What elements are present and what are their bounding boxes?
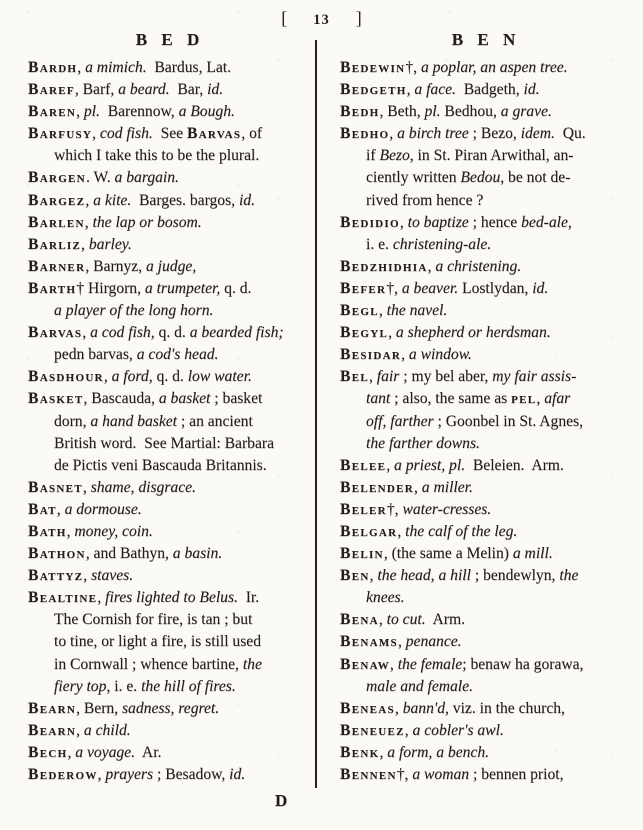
headword: Bedgeth bbox=[340, 81, 407, 98]
entry-text: . W. bbox=[86, 169, 115, 186]
entry-text: , (the same a Melin) bbox=[384, 545, 513, 562]
headword: Ben bbox=[340, 567, 370, 584]
definition-italic: id. bbox=[229, 766, 245, 783]
entry-text: , bbox=[379, 302, 387, 319]
dictionary-entry-line: knees. bbox=[340, 587, 634, 609]
headword: Bargez bbox=[28, 192, 85, 209]
entry-text: ; my bel aber, bbox=[399, 368, 492, 385]
definition-italic: a basin. bbox=[173, 545, 222, 562]
dictionary-scan-page: [ 13 ] B E D B E N Bardh, a mimich. Bard… bbox=[0, 0, 643, 830]
column-divider-rule bbox=[315, 40, 317, 788]
dictionary-entry-line: Barliz, barley. bbox=[28, 234, 314, 256]
entry-text: pedn barvas, bbox=[54, 346, 137, 363]
entry-text: if bbox=[366, 147, 379, 164]
dictionary-entry-line: Barlen, the lap or bosom. bbox=[28, 212, 314, 234]
definition-italic: money, coin. bbox=[74, 523, 152, 540]
dictionary-entry-line: the farther downs. bbox=[340, 433, 634, 455]
dictionary-entry-line: male and female. bbox=[340, 676, 634, 698]
definition-italic: cod fish. bbox=[100, 125, 153, 142]
dictionary-entry-line: i. e. christening-ale. bbox=[340, 234, 634, 256]
definition-italic: water-cresses. bbox=[402, 501, 491, 518]
headword: Bedh bbox=[340, 103, 379, 120]
headword: Bealtine bbox=[28, 589, 97, 606]
definition-italic: the head, a hill bbox=[377, 567, 471, 584]
definition-italic: pl. bbox=[84, 103, 100, 120]
entry-text: , bbox=[379, 611, 387, 628]
dictionary-entry-line: Befer†, a beaver. Lostlydan, id. bbox=[340, 278, 634, 300]
entry-text: ; Besadow, bbox=[153, 766, 229, 783]
entry-text: , Barnyz, bbox=[85, 258, 146, 275]
entry-text: rived from hence ? bbox=[366, 192, 483, 209]
dictionary-entry-line: Bardh, a mimich. Bardus, Lat. bbox=[28, 57, 314, 79]
entry-text: , bbox=[77, 59, 85, 76]
entry-text: Bardus, Lat. bbox=[147, 59, 231, 76]
definition-italic: the bbox=[559, 567, 578, 584]
entry-text: q. d. bbox=[155, 324, 190, 341]
entry-text: , bbox=[57, 501, 65, 518]
headword: Bedzhidhia bbox=[340, 258, 428, 275]
definition-italic: a shepherd or herdsman. bbox=[396, 324, 551, 341]
headword: Barlen bbox=[28, 214, 85, 231]
definition-italic: a window. bbox=[409, 346, 472, 363]
definition-italic: a face. bbox=[414, 81, 456, 98]
dictionary-entry-line: a player of the long horn. bbox=[28, 300, 314, 322]
headword: Barfusy bbox=[28, 125, 92, 142]
definition-italic: id. bbox=[207, 81, 223, 98]
definition-italic: a birch tree bbox=[397, 125, 469, 142]
definition-italic: tant bbox=[366, 390, 390, 407]
dictionary-entry-line: Bech, a voyage. Ar. bbox=[28, 742, 314, 764]
definition-italic: id. bbox=[532, 280, 548, 297]
headword: Basket bbox=[28, 390, 84, 407]
entry-text: , bbox=[85, 214, 93, 231]
dictionary-entry-line: which I take this to be the plural. bbox=[28, 145, 314, 167]
entry-text: Bedhou, bbox=[441, 103, 501, 120]
dictionary-entry-line: Belin, (the same a Melin) a mill. bbox=[340, 543, 634, 565]
headword: Baref bbox=[28, 81, 75, 98]
entry-text: Arm. bbox=[426, 611, 465, 628]
definition-italic: a Bough. bbox=[179, 103, 235, 120]
definition-italic: a miller. bbox=[422, 479, 473, 496]
definition-italic: male and female. bbox=[366, 678, 473, 695]
entry-text: i. e. bbox=[110, 678, 141, 695]
entry-text: ; Goonbel in St. Agnes, bbox=[434, 413, 583, 430]
headword: Bargen bbox=[28, 169, 86, 186]
dictionary-entry-line: in Cornwall ; whence bartine, the bbox=[28, 654, 314, 676]
headword: Belgar bbox=[340, 523, 397, 540]
entry-text: †, bbox=[387, 501, 403, 518]
headword: Baren bbox=[28, 103, 76, 120]
definition-italic: the farther downs. bbox=[366, 435, 480, 452]
entry-text: , bbox=[386, 457, 394, 474]
dictionary-entry-line: Bena, to cut. Arm. bbox=[340, 609, 634, 631]
headword: Bearn bbox=[28, 700, 76, 717]
entry-text: , bbox=[414, 479, 422, 496]
definition-italic: a bargain. bbox=[115, 169, 179, 186]
dictionary-entry-line: Beneas, bann'd, viz. in the church, bbox=[340, 698, 634, 720]
entry-text: Ar. bbox=[135, 744, 161, 761]
definition-italic: a kite. bbox=[93, 192, 131, 209]
entry-text: , bbox=[405, 722, 413, 739]
definition-italic: a player of the long horn. bbox=[54, 302, 213, 319]
definition-italic: penance. bbox=[406, 633, 462, 650]
definition-italic: a voyage. bbox=[75, 744, 135, 761]
definition-italic: a form, a bench. bbox=[387, 744, 489, 761]
entry-text: to tine, or light a fire, is still used bbox=[54, 633, 261, 650]
entry-text: † Hirgorn, bbox=[76, 280, 145, 297]
page-number-row: [ 13 ] bbox=[0, 8, 643, 29]
dictionary-entry-line: Basnet, shame, disgrace. bbox=[28, 477, 314, 499]
definition-italic: a grave. bbox=[501, 103, 552, 120]
entry-text: , bbox=[104, 368, 112, 385]
definition-italic: a woman bbox=[412, 766, 469, 783]
entry-text: ; basket bbox=[210, 390, 262, 407]
definition-italic: the female bbox=[398, 656, 463, 673]
definition-italic: a bearded fish; bbox=[190, 324, 284, 341]
entry-text: Ir. bbox=[238, 589, 259, 606]
definition-italic: the lap or bosom. bbox=[93, 214, 202, 231]
entry-text: ; an ancient bbox=[177, 413, 253, 430]
entry-text: †, bbox=[386, 280, 402, 297]
definition-italic: the bbox=[243, 656, 262, 673]
entry-text: British word. See Martial: Barbara bbox=[54, 435, 274, 452]
definition-italic: fiery top, bbox=[54, 678, 110, 695]
dictionary-entry-line: Barth† Hirgorn, a trumpeter, q. d. bbox=[28, 278, 314, 300]
headword: Bedho bbox=[340, 125, 389, 142]
definition-italic: low water. bbox=[188, 368, 252, 385]
headword: Benams bbox=[340, 633, 398, 650]
dictionary-entry-line: Bennen†, a woman ; bennen priot, bbox=[340, 764, 634, 786]
entry-text: , be not de- bbox=[500, 169, 570, 186]
dictionary-entry-line: Bargez, a kite. Barges. bargos, id. bbox=[28, 190, 314, 212]
dictionary-entry-line: Begyl, a shepherd or herdsman. bbox=[340, 322, 634, 344]
headword: Bech bbox=[28, 744, 67, 761]
entry-text: dorn, bbox=[54, 413, 90, 430]
definition-italic: pl. bbox=[425, 103, 441, 120]
entry-text: †, bbox=[397, 766, 413, 783]
entry-text: ; benaw ha gorawa, bbox=[462, 656, 583, 673]
definition-italic: the calf of the leg. bbox=[405, 523, 517, 540]
definition-italic: a beaver. bbox=[402, 280, 458, 297]
dictionary-entry-line: Ben, the head, a hill ; bendewlyn, the bbox=[340, 565, 634, 587]
dictionary-entry-line: Baref, Barf, a beard. Bar, id. bbox=[28, 79, 314, 101]
entry-text: , bbox=[83, 479, 91, 496]
dictionary-entry-line: Benk, a form, a bench. bbox=[340, 742, 634, 764]
dictionary-entry-line: Bederow, prayers ; Besadow, id. bbox=[28, 764, 314, 786]
column-header-ben: B E N bbox=[340, 30, 632, 50]
entry-text: , Bascauda, bbox=[84, 390, 159, 407]
definition-italic: a beard. bbox=[118, 81, 169, 98]
headword: Barvas bbox=[28, 324, 82, 341]
definition-italic: to baptize bbox=[408, 214, 469, 231]
headword: Belee bbox=[340, 457, 386, 474]
entry-text: , bbox=[389, 125, 397, 142]
left-column-entries: Bardh, a mimich. Bardus, Lat.Baref, Barf… bbox=[28, 57, 314, 786]
definition-italic: a priest, pl. bbox=[394, 457, 465, 474]
headword: Bathon bbox=[28, 545, 86, 562]
entry-text: Barennow, bbox=[100, 103, 179, 120]
dictionary-entry-line: Basdhour, a ford, q. d. low water. bbox=[28, 366, 314, 388]
headword: Bedidio bbox=[340, 214, 400, 231]
entry-text: Bar, bbox=[170, 81, 207, 98]
dictionary-entry-line: Bargen. W. a bargain. bbox=[28, 167, 314, 189]
headword: Beneuez bbox=[340, 722, 405, 739]
headword: Bat bbox=[28, 501, 57, 518]
entry-text: in Cornwall ; whence bartine, bbox=[54, 656, 243, 673]
headword: Barner bbox=[28, 258, 85, 275]
definition-italic: a dormouse. bbox=[65, 501, 142, 518]
headword: Befer bbox=[340, 280, 386, 297]
dictionary-entry-line: Bathon, and Bathyn, a basin. bbox=[28, 543, 314, 565]
definition-italic: a hand basket bbox=[90, 413, 177, 430]
definition-italic: afar bbox=[544, 390, 570, 407]
dictionary-entry-line: The Cornish for fire, is tan ; but bbox=[28, 609, 314, 631]
dictionary-entry-line: Bedh, Beth, pl. Bedhou, a grave. bbox=[340, 101, 634, 123]
headword: Bederow bbox=[28, 766, 98, 783]
headword: Bath bbox=[28, 523, 67, 540]
headword: Barth bbox=[28, 280, 76, 297]
entry-text: , of bbox=[241, 125, 262, 142]
headword: Beler bbox=[340, 501, 387, 518]
headword: Bedewin bbox=[340, 59, 405, 76]
headword: Bearn bbox=[28, 722, 76, 739]
definition-italic: christening-ale. bbox=[393, 236, 491, 253]
definition-italic: a basket bbox=[159, 390, 211, 407]
entry-text: , bbox=[82, 324, 90, 341]
entry-text: ciently written bbox=[366, 169, 460, 186]
entry-text: , bbox=[400, 214, 408, 231]
dictionary-entry-line: off, farther ; Goonbel in St. Agnes, bbox=[340, 411, 634, 433]
entry-text: q. d. bbox=[153, 368, 188, 385]
entry-text: , bbox=[81, 236, 89, 253]
entry-text: , bbox=[83, 567, 91, 584]
dictionary-entry-line: Beler†, water-cresses. bbox=[340, 499, 634, 521]
definition-italic: id. bbox=[239, 192, 255, 209]
definition-italic: bann'd, bbox=[403, 700, 449, 717]
right-column-entries: Bedewin†, a poplar, an aspen tree.Bedget… bbox=[340, 57, 634, 786]
definition-italic: a poplar, an aspen tree. bbox=[421, 59, 568, 76]
entry-text: Badgeth, bbox=[456, 81, 524, 98]
headword: Benk bbox=[340, 744, 379, 761]
entry-text: , Bern, bbox=[76, 700, 122, 717]
definition-italic: fair bbox=[377, 368, 400, 385]
definition-italic: a cod fish, bbox=[90, 324, 155, 341]
definition-italic: fires lighted to Belus. bbox=[105, 589, 238, 606]
entry-text: i. e. bbox=[366, 236, 393, 253]
dictionary-entry-line: Bath, money, coin. bbox=[28, 521, 314, 543]
dictionary-entry-line: Bel, fair ; my bel aber, my fair assis- bbox=[340, 366, 634, 388]
definition-italic: a trumpeter, bbox=[145, 280, 220, 297]
definition-italic: Bedou bbox=[460, 169, 500, 186]
headword: Bena bbox=[340, 611, 379, 628]
entry-text: which I take this to be the plural. bbox=[54, 147, 259, 164]
entry-text: Qu. bbox=[555, 125, 586, 142]
definition-italic: off, farther bbox=[366, 413, 434, 430]
headword: Belin bbox=[340, 545, 384, 562]
page-number: 13 bbox=[313, 12, 330, 29]
dictionary-entry-line: Bedho, a birch tree ; Bezo, idem. Qu. bbox=[340, 123, 634, 145]
headword: Bel bbox=[340, 368, 369, 385]
dictionary-entry-line: Barner, Barnyz, a judge, bbox=[28, 256, 314, 278]
entry-text: viz. in the church, bbox=[449, 700, 565, 717]
dictionary-entry-line: Barvas, a cod fish, q. d. a bearded fish… bbox=[28, 322, 314, 344]
definition-italic: id. bbox=[524, 81, 540, 98]
entry-text: , bbox=[401, 346, 409, 363]
definition-italic: my fair assis- bbox=[492, 368, 576, 385]
entry-text: , and Bathyn, bbox=[86, 545, 173, 562]
entry-text: , bbox=[398, 633, 406, 650]
dictionary-entry-line: Bedgeth, a face. Badgeth, id. bbox=[340, 79, 634, 101]
dictionary-entry-line: Besidar, a window. bbox=[340, 344, 634, 366]
entry-text: , bbox=[76, 103, 84, 120]
definition-italic: Bezo bbox=[379, 147, 409, 164]
dictionary-entry-line: Belee, a priest, pl. Beleien. Arm. bbox=[340, 455, 634, 477]
dictionary-entry-line: Barfusy, cod fish. See Barvas, of bbox=[28, 123, 314, 145]
entry-text: ; Bezo, bbox=[469, 125, 521, 142]
entry-text: , bbox=[369, 368, 377, 385]
page-number-bracket-right: ] bbox=[356, 8, 362, 29]
entry-text: ; hence bbox=[469, 214, 521, 231]
definition-italic: sadness, regret. bbox=[122, 700, 219, 717]
dictionary-entry-line: Bearn, a child. bbox=[28, 720, 314, 742]
entry-text: ; bendewlyn, bbox=[471, 567, 559, 584]
definition-italic: staves. bbox=[91, 567, 133, 584]
dictionary-entry-line: fiery top, i. e. the hill of fires. bbox=[28, 676, 314, 698]
definition-italic: a ford, bbox=[112, 368, 153, 385]
definition-italic: a child. bbox=[84, 722, 131, 739]
dictionary-entry-line: Bedidio, to baptize ; hence bed-ale, bbox=[340, 212, 634, 234]
dictionary-entry-line: if Bezo, in St. Piran Arwithal, an- bbox=[340, 145, 634, 167]
entry-text: ; bennen priot, bbox=[469, 766, 563, 783]
definition-italic: the hill of fires. bbox=[141, 678, 236, 695]
definition-italic: prayers bbox=[105, 766, 153, 783]
headword: Bennen bbox=[340, 766, 397, 783]
dictionary-entry-line: Begl, the navel. bbox=[340, 300, 634, 322]
entry-text: , bbox=[395, 700, 403, 717]
dictionary-entry-line: Benaw, the female; benaw ha gorawa, bbox=[340, 654, 634, 676]
dictionary-entry-line: Belgar, the calf of the leg. bbox=[340, 521, 634, 543]
definition-italic: a mill. bbox=[513, 545, 553, 562]
dictionary-entry-line: tant ; also, the same as pel, afar bbox=[340, 388, 634, 410]
entry-text: Barges. bargos, bbox=[131, 192, 239, 209]
definition-italic: a cod's head. bbox=[137, 346, 219, 363]
dictionary-entry-line: British word. See Martial: Barbara bbox=[28, 433, 314, 455]
headword: pel bbox=[511, 390, 536, 407]
entry-text: , bbox=[397, 523, 405, 540]
entry-text: q. d. bbox=[220, 280, 251, 297]
headword: Battyz bbox=[28, 567, 83, 584]
dictionary-entry-line: Bedzhidhia, a christening. bbox=[340, 256, 634, 278]
definition-italic: the navel. bbox=[387, 302, 448, 319]
entry-text: , Barf, bbox=[75, 81, 118, 98]
definition-italic: shame, disgrace. bbox=[91, 479, 196, 496]
definition-italic: a cobler's awl. bbox=[413, 722, 504, 739]
dictionary-entry-line: Beneuez, a cobler's awl. bbox=[340, 720, 634, 742]
headword: Benaw bbox=[340, 656, 390, 673]
headword: Begl bbox=[340, 302, 379, 319]
entry-text: †, bbox=[405, 59, 421, 76]
entry-text: , bbox=[76, 722, 84, 739]
headword: Bardh bbox=[28, 59, 77, 76]
entry-text: , bbox=[97, 589, 105, 606]
dictionary-entry-line: dorn, a hand basket ; an ancient bbox=[28, 411, 314, 433]
dictionary-entry-line: Bealtine, fires lighted to Belus. Ir. bbox=[28, 587, 314, 609]
headword: Belender bbox=[340, 479, 414, 496]
entry-text: , bbox=[390, 656, 398, 673]
dictionary-entry-line: Battyz, staves. bbox=[28, 565, 314, 587]
entry-text: Beleien. Arm. bbox=[465, 457, 564, 474]
entry-text: , bbox=[92, 125, 100, 142]
definition-italic: a mimich. bbox=[85, 59, 147, 76]
dictionary-entry-line: Bearn, Bern, sadness, regret. bbox=[28, 698, 314, 720]
dictionary-entry-line: rived from hence ? bbox=[340, 190, 634, 212]
definition-italic: a judge, bbox=[146, 258, 196, 275]
definition-italic: knees. bbox=[366, 589, 405, 606]
dictionary-entry-line: pedn barvas, a cod's head. bbox=[28, 344, 314, 366]
dictionary-entry-line: Basket, Bascauda, a basket ; basket bbox=[28, 388, 314, 410]
headword: Barliz bbox=[28, 236, 81, 253]
entry-text: See bbox=[153, 125, 187, 142]
entry-text: , Beth, bbox=[379, 103, 424, 120]
headword: Beneas bbox=[340, 700, 395, 717]
definition-italic: bed-ale, bbox=[521, 214, 572, 231]
dictionary-entry-line: de Pictis veni Bascauda Britannis. bbox=[28, 455, 314, 477]
headword: Besidar bbox=[340, 346, 401, 363]
headword: Barvas bbox=[187, 125, 241, 142]
headword: Begyl bbox=[340, 324, 388, 341]
entry-text: de Pictis veni Bascauda Britannis. bbox=[54, 457, 267, 474]
dictionary-entry-line: to tine, or light a fire, is still used bbox=[28, 631, 314, 653]
entry-text: Lostlydan, bbox=[458, 280, 532, 297]
definition-italic: barley. bbox=[89, 236, 132, 253]
column-header-bed: B E D bbox=[28, 30, 312, 50]
definition-italic: to cut. bbox=[387, 611, 426, 628]
definition-italic: a christening. bbox=[435, 258, 521, 275]
entry-text: The Cornish for fire, is tan ; but bbox=[54, 611, 252, 628]
dictionary-entry-line: Benams, penance. bbox=[340, 631, 634, 653]
headword: Basdhour bbox=[28, 368, 104, 385]
dictionary-entry-line: ciently written Bedou, be not de- bbox=[340, 167, 634, 189]
dictionary-entry-line: Belender, a miller. bbox=[340, 477, 634, 499]
printer-signature-mark: D bbox=[275, 791, 287, 811]
entry-text: , in St. Piran Arwithal, an- bbox=[410, 147, 574, 164]
dictionary-entry-line: Baren, pl. Barennow, a Bough. bbox=[28, 101, 314, 123]
definition-italic: idem. bbox=[521, 125, 555, 142]
headword: Basnet bbox=[28, 479, 83, 496]
entry-text: , bbox=[388, 324, 396, 341]
dictionary-entry-line: Bedewin†, a poplar, an aspen tree. bbox=[340, 57, 634, 79]
dictionary-entry-line: Bat, a dormouse. bbox=[28, 499, 314, 521]
page-number-bracket-left: [ bbox=[281, 8, 287, 29]
entry-text: ; also, the same as bbox=[390, 390, 511, 407]
entry-text: , bbox=[85, 192, 93, 209]
